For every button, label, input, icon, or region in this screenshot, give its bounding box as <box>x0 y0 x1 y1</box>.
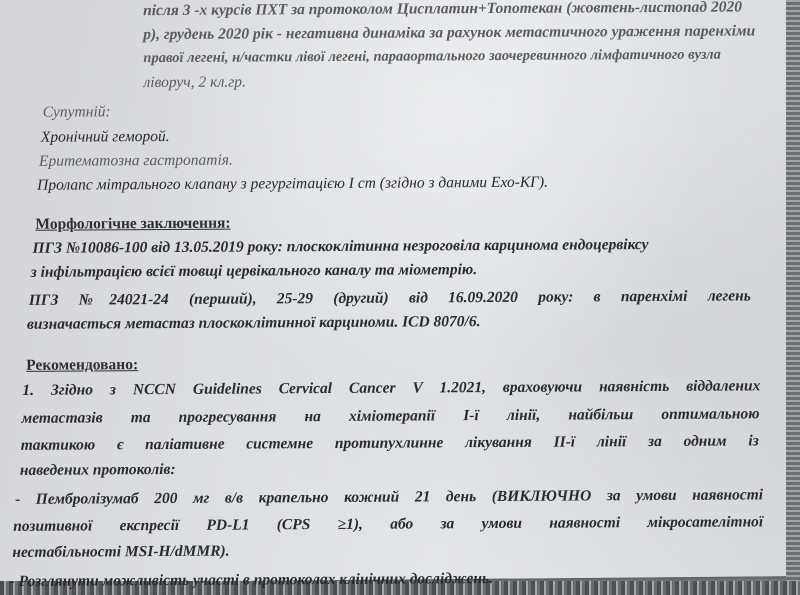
morphology-line: з інфільтрацією всієї товщі цервікальног… <box>31 261 478 282</box>
comorbid-item: Пролапс мітрального клапану з регургітац… <box>37 174 548 195</box>
background-surface-right <box>786 0 800 595</box>
comorbid-item: Еритематозна гастропатія. <box>39 152 233 171</box>
recommended-heading: Рекомендовано: <box>26 356 138 375</box>
recommended-line: нестабільності MSI-H/dMMR). <box>12 543 229 562</box>
morphology-heading: Морфологічне заключення: <box>35 215 230 234</box>
morphology-line: ПГЗ №10086-100 від 13.05.2019 року: плос… <box>32 237 492 258</box>
comorbid-item: Хронічний геморой. <box>41 128 170 147</box>
history-line: р), грудень 2020 рік - негативна динамік… <box>143 23 710 44</box>
history-line: після 3 -х курсів ПХТ за протоколом Цисп… <box>143 0 710 20</box>
recommended-line: наведених протоколів: <box>20 461 176 480</box>
history-line: ліворуч, 2 кл.гр. <box>143 73 246 92</box>
morphology-line: визначається метастаз плоскоклітинної ка… <box>27 313 481 334</box>
comorbid-heading: Супутній: <box>43 103 111 121</box>
history-line: правої легені, н/частки лівої легені, па… <box>143 47 710 67</box>
recommended-line: - Розглянути можливість участі в протоко… <box>10 570 494 591</box>
